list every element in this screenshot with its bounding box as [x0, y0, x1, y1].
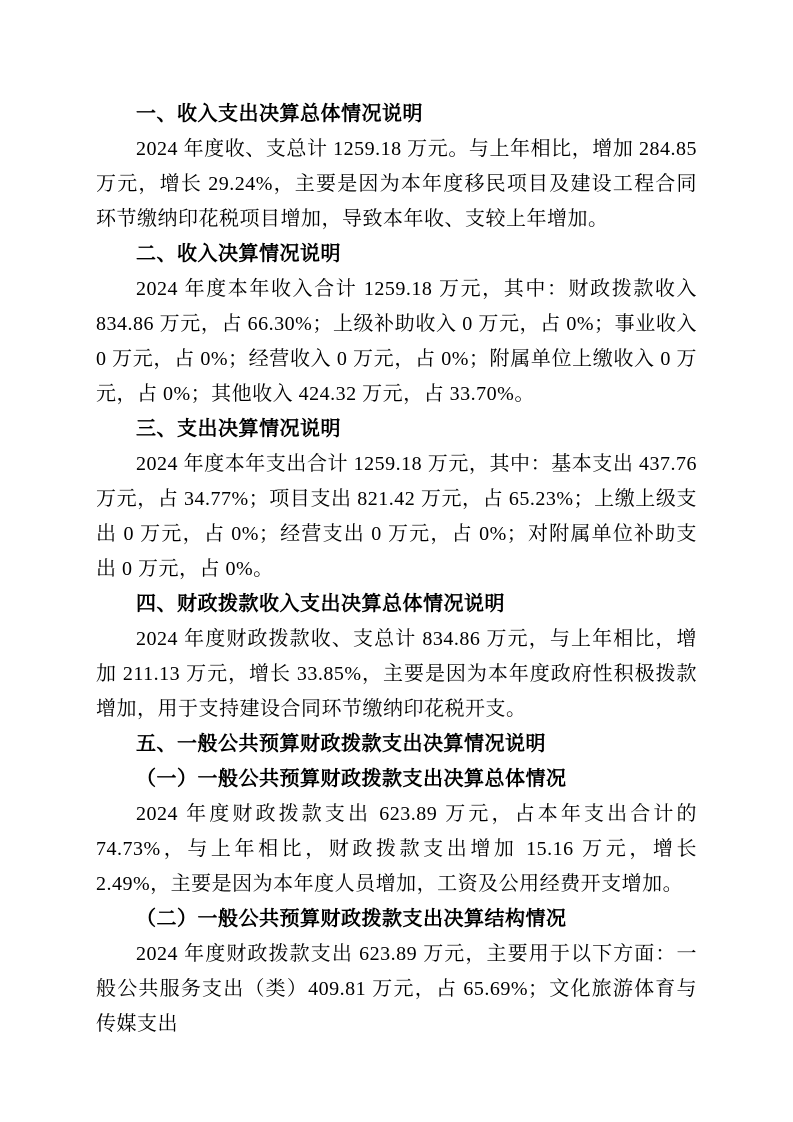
section-5-subsection-2-paragraph: 2024 年度财政拨款支出 623.89 万元，主要用于以下方面：一般公共服务支… — [96, 937, 697, 1042]
section-1-paragraph: 2024 年度收、支总计 1259.18 万元。与上年相比，增加 284.85 … — [96, 132, 697, 237]
document-page: 一、收入支出决算总体情况说明 2024 年度收、支总计 1259.18 万元。与… — [0, 0, 793, 1122]
section-5-subsection-2-heading: （二）一般公共预算财政拨款支出决算结构情况 — [96, 902, 697, 937]
section-4-heading: 四、财政拨款收入支出决算总体情况说明 — [96, 587, 697, 622]
section-3-heading: 三、支出决算情况说明 — [96, 412, 697, 447]
section-2-heading: 二、收入决算情况说明 — [96, 237, 697, 272]
section-2-paragraph: 2024 年度本年收入合计 1259.18 万元，其中：财政拨款收入 834.8… — [96, 272, 697, 412]
section-5-heading: 五、一般公共预算财政拨款支出决算情况说明 — [96, 727, 697, 762]
section-4-paragraph: 2024 年度财政拨款收、支总计 834.86 万元，与上年相比，增加 211.… — [96, 622, 697, 727]
section-5-subsection-1-paragraph: 2024 年度财政拨款支出 623.89 万元，占本年支出合计的 74.73%，… — [96, 797, 697, 902]
section-5-subsection-1-heading: （一）一般公共预算财政拨款支出决算总体情况 — [96, 762, 697, 797]
section-1-heading: 一、收入支出决算总体情况说明 — [96, 97, 697, 132]
section-3-paragraph: 2024 年度本年支出合计 1259.18 万元，其中：基本支出 437.76 … — [96, 447, 697, 587]
